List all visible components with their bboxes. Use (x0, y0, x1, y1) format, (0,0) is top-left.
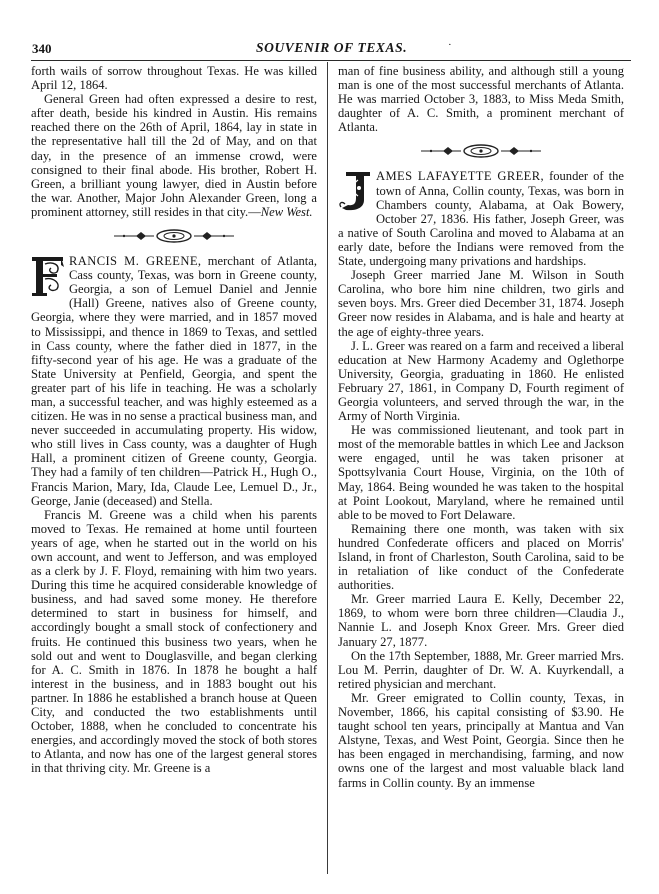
source-citation: New West. (261, 205, 313, 219)
paragraph: man of fine business ability, and althou… (338, 64, 624, 134)
paragraph: On the 17th September, 1888, Mr. Greer m… (338, 649, 624, 691)
drop-cap-f (31, 255, 65, 297)
paragraph-text: General Green had often expressed a desi… (31, 92, 317, 219)
paragraph: forth wails of sorrow throughout Texas. … (31, 64, 317, 92)
paragraph: Mr. Greer married Laura E. Kelly, Decemb… (338, 592, 624, 648)
ornament-icon (114, 229, 234, 243)
left-column: forth wails of sorrow throughout Texas. … (31, 64, 317, 776)
ornament-divider (31, 229, 317, 245)
paragraph: General Green had often expressed a desi… (31, 92, 317, 219)
paragraph: He was commissioned lieutenant, and took… (338, 423, 624, 522)
biography-opening: founder of the town of Anna, Collin coun… (338, 169, 624, 268)
page-number: 340 (32, 41, 52, 57)
right-column: man of fine business ability, and althou… (338, 64, 624, 790)
drop-cap-j (338, 170, 372, 212)
decorated-letter-f-icon (31, 255, 65, 297)
column-divider (327, 62, 328, 874)
paragraph: J. L. Greer was reared on a farm and rec… (338, 339, 624, 424)
paragraph: Joseph Greer married Jane M. Wilson in S… (338, 268, 624, 338)
decorated-letter-j-icon (338, 170, 372, 212)
biography-opening: merchant of Atlanta, Cass county, Texas,… (31, 254, 317, 508)
header-rule (31, 60, 631, 61)
ornament-divider (338, 144, 624, 160)
stray-mark: · (448, 39, 452, 51)
subject-name: RANCIS M. GREENE, (69, 254, 201, 268)
biography-francis-greene: RANCIS M. GREENE, merchant of Atlanta, C… (31, 254, 317, 508)
running-title: SOUVENIR OF TEXAS. (256, 40, 407, 56)
paragraph: Remaining there one month, was taken wit… (338, 522, 624, 592)
biography-james-greer: AMES LAFAYETTE GREER, founder of the tow… (338, 169, 624, 268)
page-header: 340 SOUVENIR OF TEXAS. · (31, 37, 631, 59)
ornament-icon (421, 144, 541, 158)
paragraph: Francis M. Greene was a child when his p… (31, 508, 317, 776)
subject-name: AMES LAFAYETTE GREER, (376, 169, 544, 183)
paragraph: Mr. Greer emigrated to Collin county, Te… (338, 691, 624, 790)
